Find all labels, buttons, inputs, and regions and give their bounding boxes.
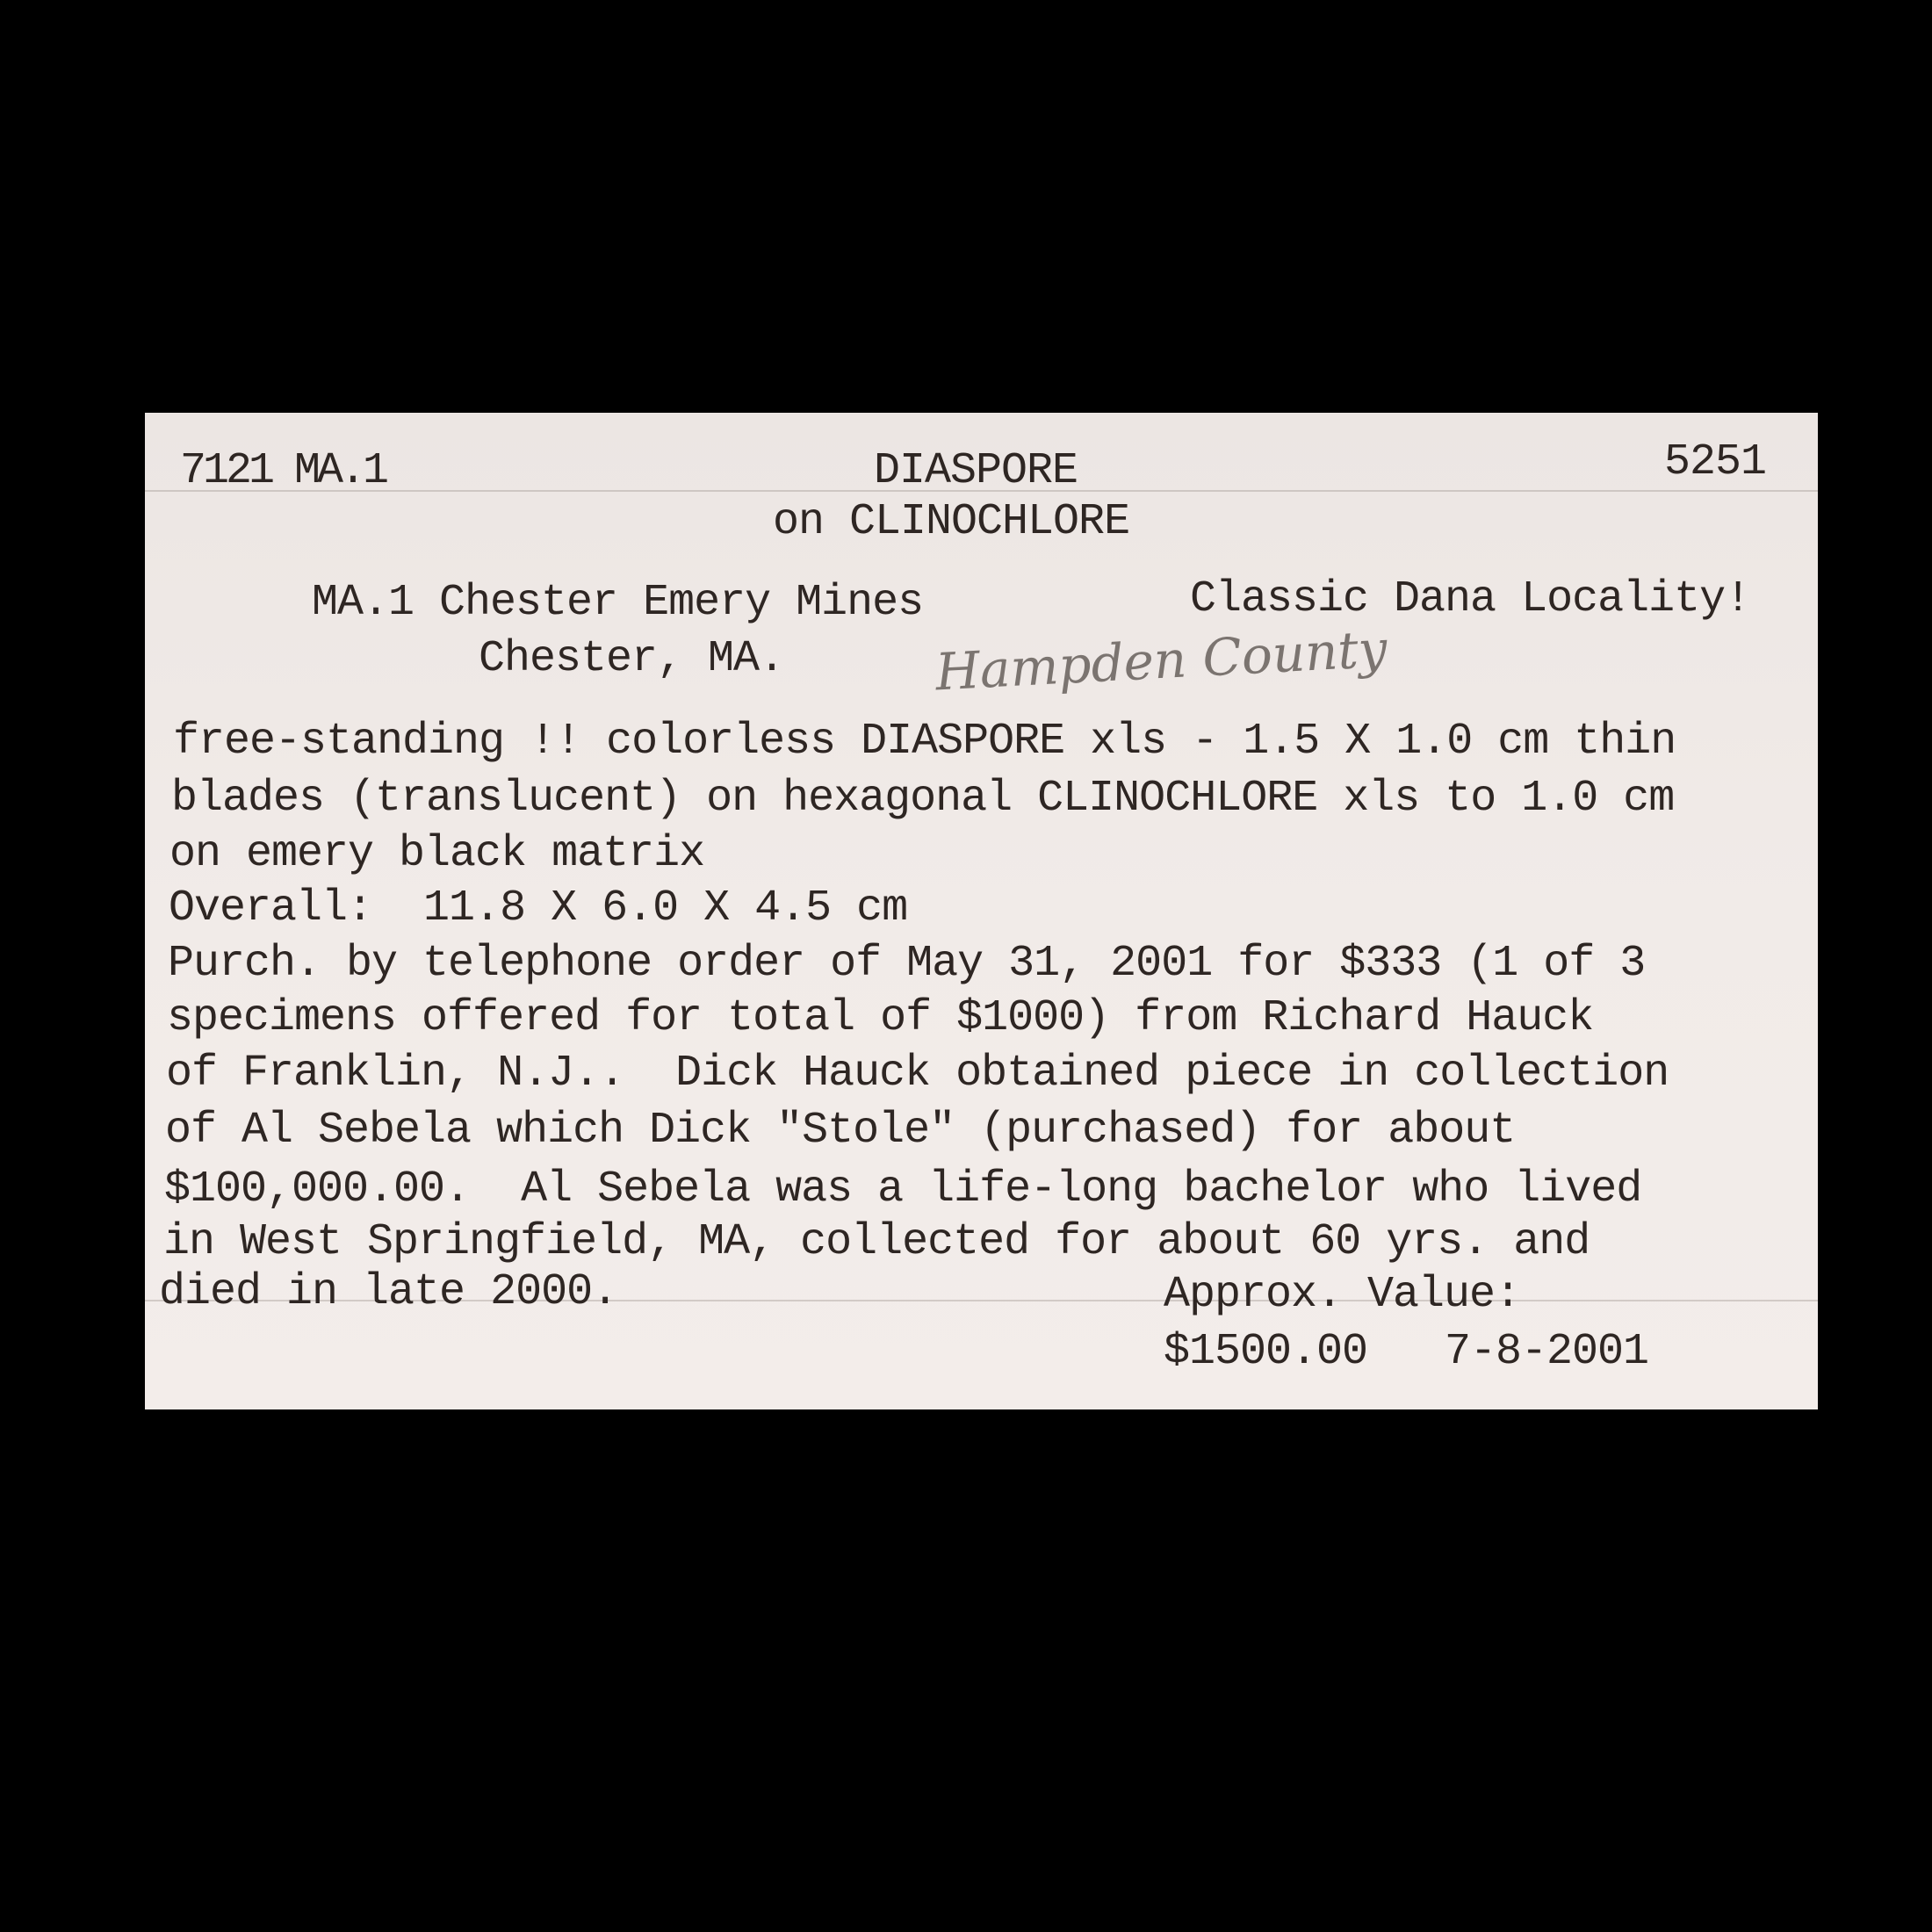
locality-line-2: Chester, MA. — [479, 638, 784, 681]
handwritten-county: Hampden County — [934, 619, 1388, 703]
description-line: of Al Sebela which Dick "Stole" (purchas… — [165, 1109, 1515, 1153]
approx-value-label: Approx. Value: — [1164, 1273, 1520, 1317]
description-line: blades (translucent) on hexagonal CLINOC… — [171, 777, 1674, 821]
description-line: in West Springfield, MA, collected for a… — [163, 1221, 1590, 1265]
description-line: free-standing !! colorless DIASPORE xls … — [173, 720, 1676, 764]
description-line: died in late 2000. — [159, 1271, 617, 1315]
locality-note: Classic Dana Locality! — [1190, 578, 1750, 622]
specimen-label-card: 7121 MA.1 DIASPORE 5251 on CLINOCHLORE M… — [145, 413, 1818, 1409]
approx-value-date: 7-8-2001 — [1445, 1330, 1648, 1374]
catalog-number: 7121 MA.1 — [180, 450, 386, 494]
mineral-matrix: on CLINOCHLORE — [773, 501, 1129, 544]
description-line: Purch. by telephone order of May 31, 200… — [168, 942, 1645, 986]
mineral-name: DIASPORE — [874, 450, 1078, 494]
specimen-number: 5251 — [1664, 441, 1766, 485]
approx-value-amount: $1500.00 — [1164, 1330, 1367, 1374]
description-line: of Franklin, N.J.. Dick Hauck obtained p… — [166, 1052, 1669, 1096]
description-line: on emery black matrix — [169, 833, 704, 876]
locality-line-1: MA.1 Chester Emery Mines — [312, 581, 923, 625]
description-line: specimens offered for total of $1000) fr… — [167, 997, 1593, 1041]
description-line: $100,000.00. Al Sebela was a life-long b… — [164, 1168, 1641, 1212]
description-line: Overall: 11.8 X 6.0 X 4.5 cm — [169, 887, 907, 931]
